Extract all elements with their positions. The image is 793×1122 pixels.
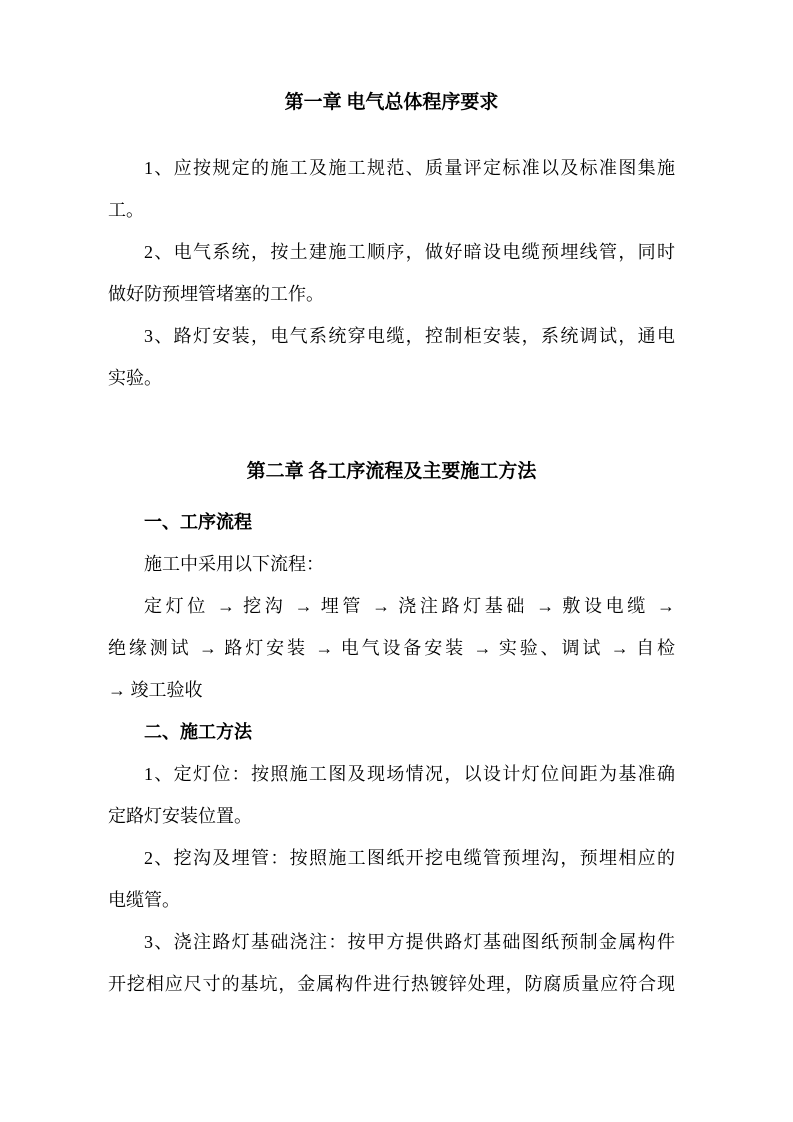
- section-heading-process-flow: 一、工序流程: [108, 501, 675, 543]
- paragraph-line: 开挖相应尺寸的基坑，金属构件进行热镀锌处理，防腐质量应符合现: [108, 963, 675, 1005]
- paragraph-line: 3、路灯安装，电气系统穿电缆，控制柜安装，系统调试，通电: [108, 315, 675, 357]
- flow-line: 绝缘测试 → 路灯安装 → 电气设备安装 → 实验、调试 → 自检: [108, 627, 675, 669]
- paragraph-line: 电缆管。: [108, 879, 675, 921]
- paragraph-line: 3、浇注路灯基础浇注：按甲方提供路灯基础图纸预制金属构件: [108, 921, 675, 963]
- chapter-2-title: 第二章 各工序流程及主要施工方法: [108, 451, 675, 493]
- flow-line: → 竣工验收: [108, 669, 675, 711]
- paragraph-line: 1、定灯位：按照施工图及现场情况，以设计灯位间距为基准确: [108, 753, 675, 795]
- process-flow-intro: 施工中采用以下流程：: [108, 543, 675, 585]
- chapter-1-paragraph: 1、应按规定的施工及施工规范、质量评定标准以及标准图集施 工。: [108, 147, 675, 231]
- chapter-1-title: 第一章 电气总体程序要求: [108, 82, 675, 124]
- paragraph-line: 做好防预埋管堵塞的工作。: [108, 273, 675, 315]
- paragraph-line: 实验。: [108, 357, 675, 399]
- chapter-1-paragraph: 2、电气系统，按土建施工顺序，做好暗设电缆预埋线管，同时 做好防预埋管堵塞的工作…: [108, 231, 675, 315]
- paragraph-line: 1、应按规定的施工及施工规范、质量评定标准以及标准图集施: [108, 147, 675, 189]
- chapter-1-paragraph: 3、路灯安装，电气系统穿电缆，控制柜安装，系统调试，通电 实验。: [108, 315, 675, 399]
- process-flow: 定灯位 → 挖沟 → 埋管 → 浇注路灯基础 → 敷设电缆 → 绝缘测试 → 路…: [108, 585, 675, 711]
- method-paragraph: 1、定灯位：按照施工图及现场情况，以设计灯位间距为基准确 定路灯安装位置。: [108, 753, 675, 837]
- paragraph-line: 工。: [108, 189, 675, 231]
- document-page: 第一章 电气总体程序要求 1、应按规定的施工及施工规范、质量评定标准以及标准图集…: [0, 0, 793, 1122]
- section-heading-construction-method: 二、施工方法: [108, 711, 675, 753]
- method-paragraph: 3、浇注路灯基础浇注：按甲方提供路灯基础图纸预制金属构件 开挖相应尺寸的基坑，金…: [108, 921, 675, 1005]
- document-content: 第一章 电气总体程序要求 1、应按规定的施工及施工规范、质量评定标准以及标准图集…: [0, 0, 793, 1005]
- paragraph-line: 2、挖沟及埋管：按照施工图纸开挖电缆管预埋沟，预埋相应的: [108, 837, 675, 879]
- method-paragraph: 2、挖沟及埋管：按照施工图纸开挖电缆管预埋沟，预埋相应的 电缆管。: [108, 837, 675, 921]
- flow-line: 定灯位 → 挖沟 → 埋管 → 浇注路灯基础 → 敷设电缆 →: [108, 585, 675, 627]
- paragraph-line: 2、电气系统，按土建施工顺序，做好暗设电缆预埋线管，同时: [108, 231, 675, 273]
- paragraph-line: 定路灯安装位置。: [108, 795, 675, 837]
